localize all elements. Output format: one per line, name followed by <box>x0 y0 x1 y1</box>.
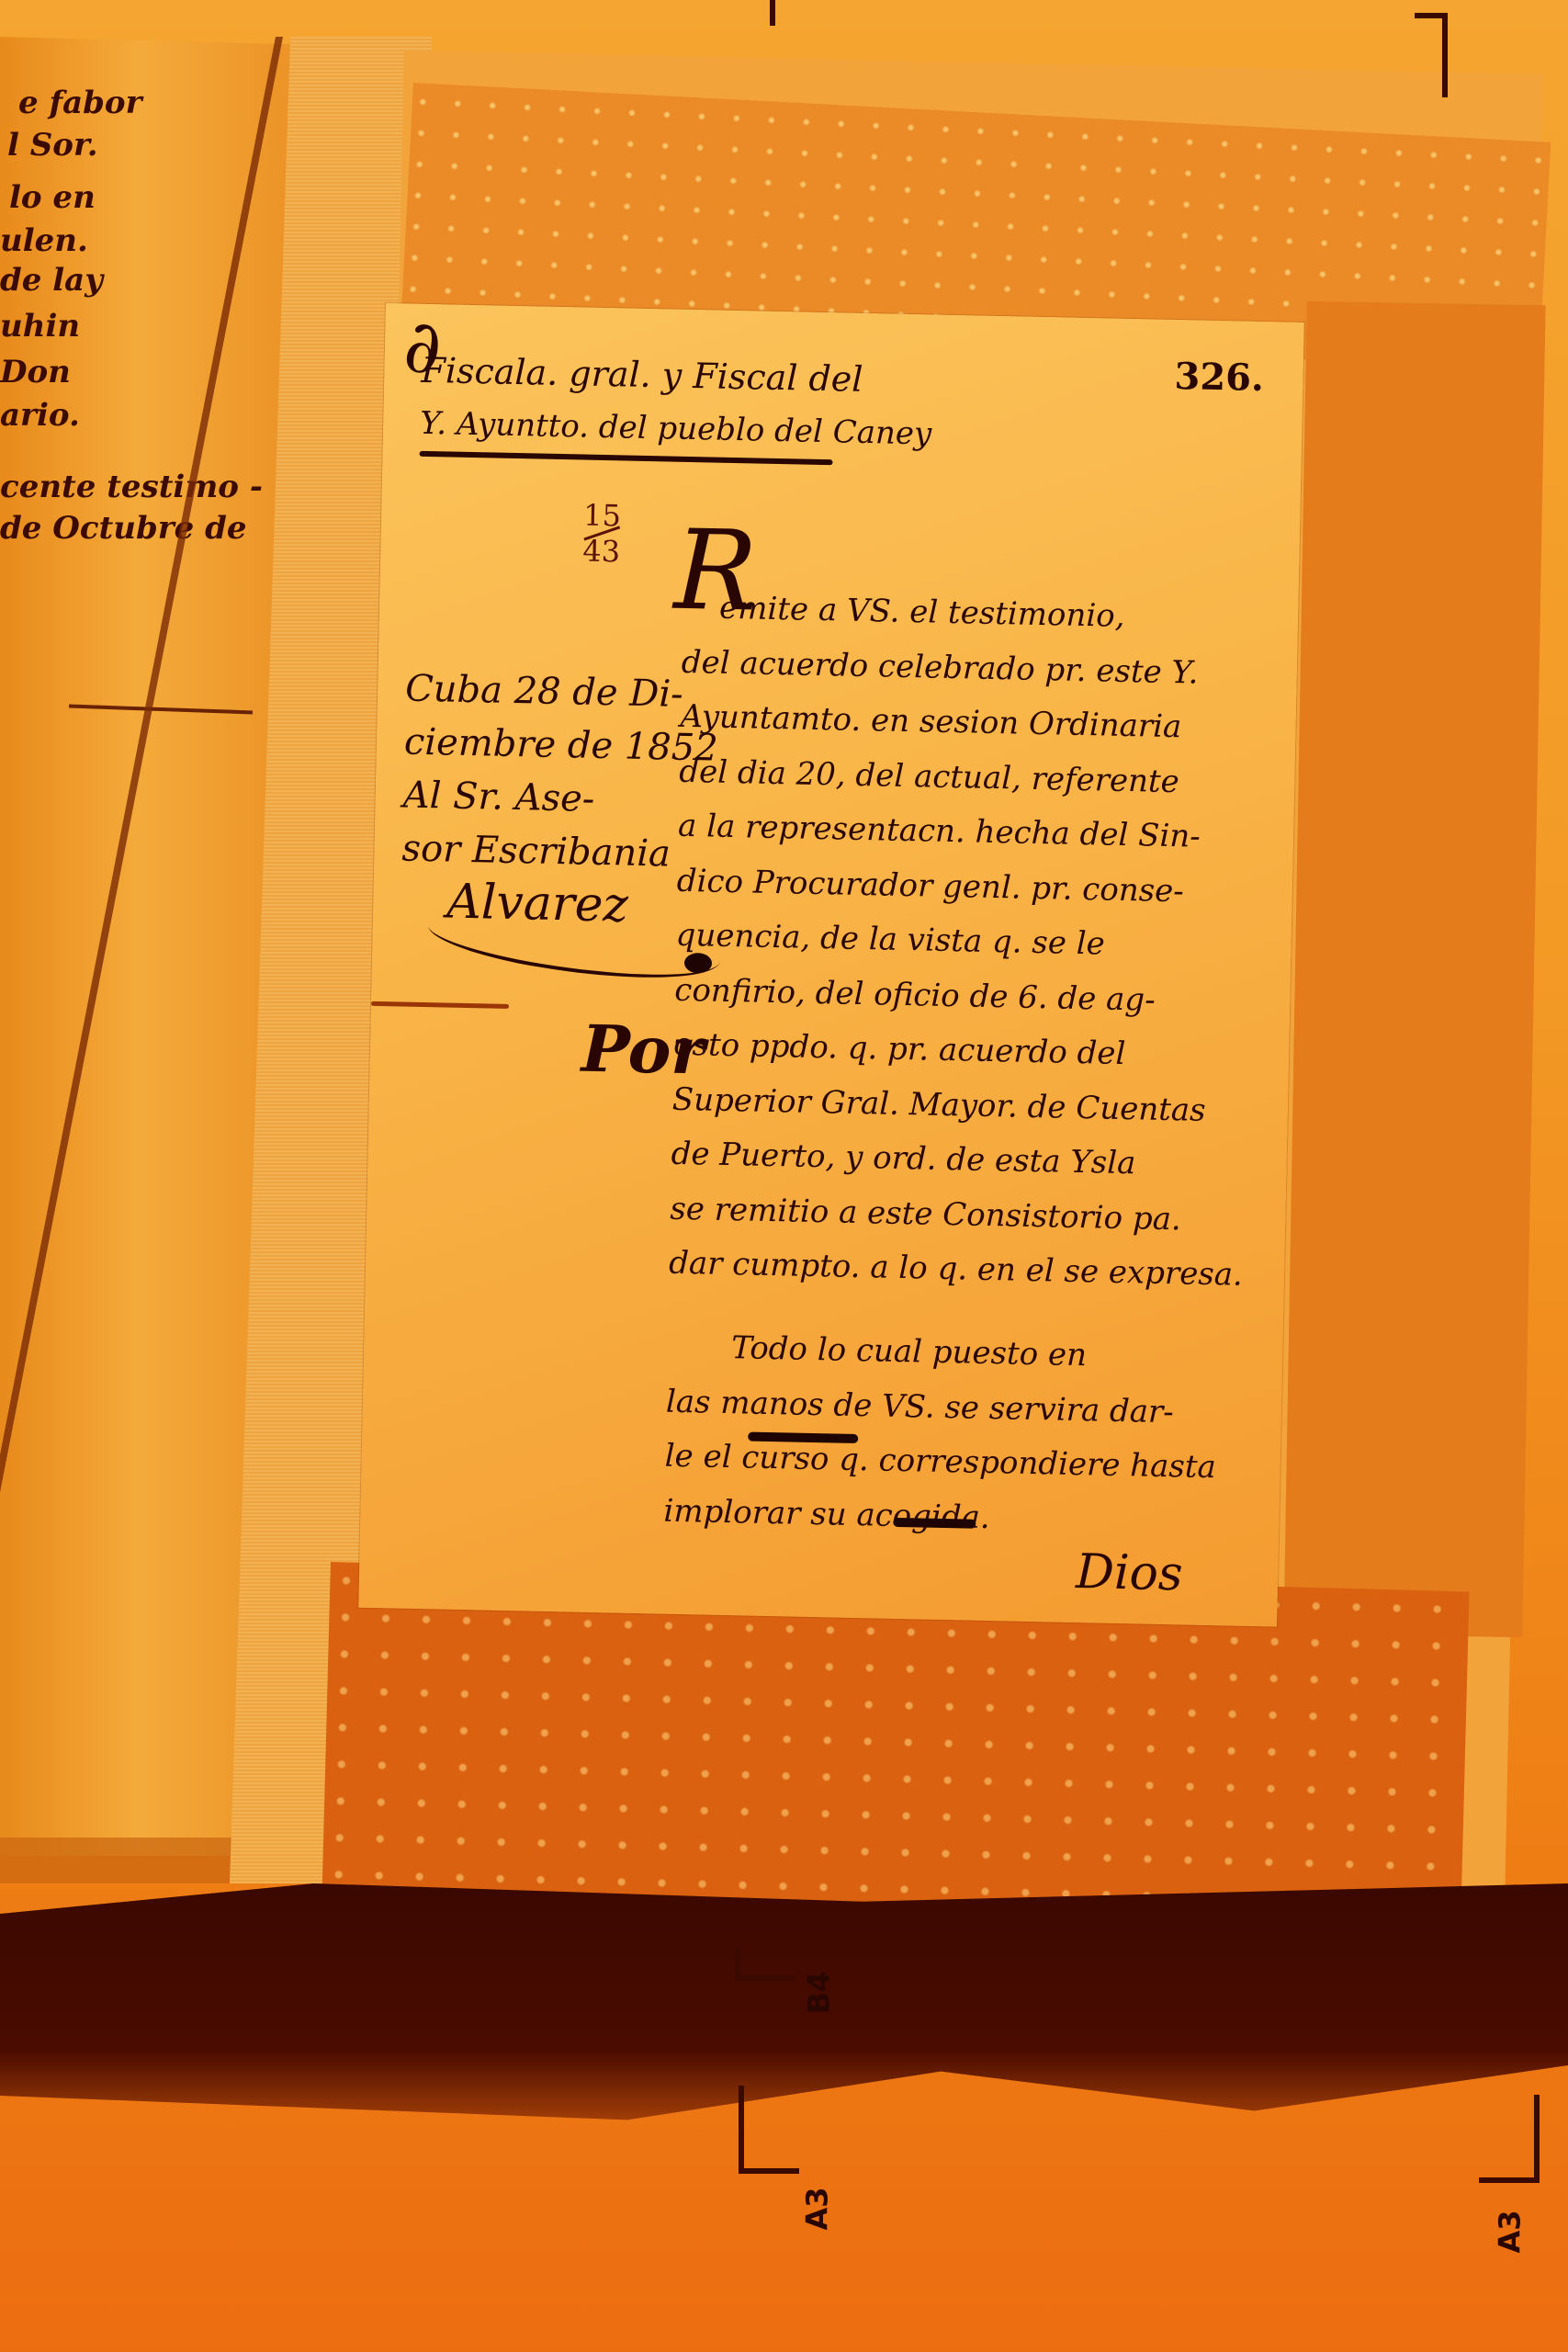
closing-line: implorar su acogida. <box>663 1484 1215 1550</box>
margin-dash <box>371 1001 509 1009</box>
left-page-line: l Sor. <box>7 127 98 164</box>
rubric-dios: Dios <box>1076 1544 1184 1601</box>
left-page-line: Don <box>0 354 71 390</box>
file-fraction: 15 43 <box>582 501 621 567</box>
end-dash <box>893 1518 976 1529</box>
left-page-line: de lay <box>0 262 103 299</box>
crop-marker-b4 <box>735 1948 795 1981</box>
margin-note-line: sor Escribania <box>401 822 716 882</box>
left-page-line: e fabor <box>18 85 142 121</box>
header-line-2: Y. Ayuntto. del pueblo del Caney <box>420 405 932 453</box>
left-page-line: de Octubre de <box>0 510 247 547</box>
margin-note-line: Cuba 28 de Di- <box>405 662 720 722</box>
crop-marker-a3-right <box>1479 2095 1540 2183</box>
crop-label-a3: A3 <box>800 2187 835 2230</box>
body-line: dar cumpto. a lo q. en el se expresa. <box>669 1237 1244 1304</box>
crop-marker-top <box>770 0 784 26</box>
margin-note-line: ciembre de 1852 <box>403 716 718 775</box>
body-text: emite a VS. el testimonio, del acuerdo c… <box>669 581 1258 1303</box>
closing-text: Todo lo cual puesto en las manos de VS. … <box>663 1320 1219 1551</box>
left-page-line: uhin <box>0 308 80 345</box>
left-page-line: ario. <box>0 397 80 434</box>
left-page-line: cente testimo - <box>0 469 263 505</box>
header-underline <box>420 451 833 465</box>
folio-number: 326. <box>1174 355 1264 400</box>
crop-label-b4: B4 <box>801 1972 836 2015</box>
crop-marker-top-right <box>1415 13 1448 97</box>
margin-note: Cuba 28 de Di- ciembre de 1852 Al Sr. As… <box>401 662 719 882</box>
header-line-1: Fiscala. gral. y Fiscal del <box>421 350 863 400</box>
left-page-line: lo en <box>9 179 96 216</box>
margin-note-line: Al Sr. Ase- <box>402 769 717 829</box>
crop-marker-a3 <box>739 2086 799 2174</box>
crop-label-a3-right: A3 <box>1493 2210 1528 2253</box>
left-page-line: ulen. <box>0 222 88 259</box>
manuscript-sheet: ∂ Fiscala. gral. y Fiscal del Y. Ayuntto… <box>358 303 1304 1627</box>
backing-margin-right <box>1283 301 1545 1637</box>
